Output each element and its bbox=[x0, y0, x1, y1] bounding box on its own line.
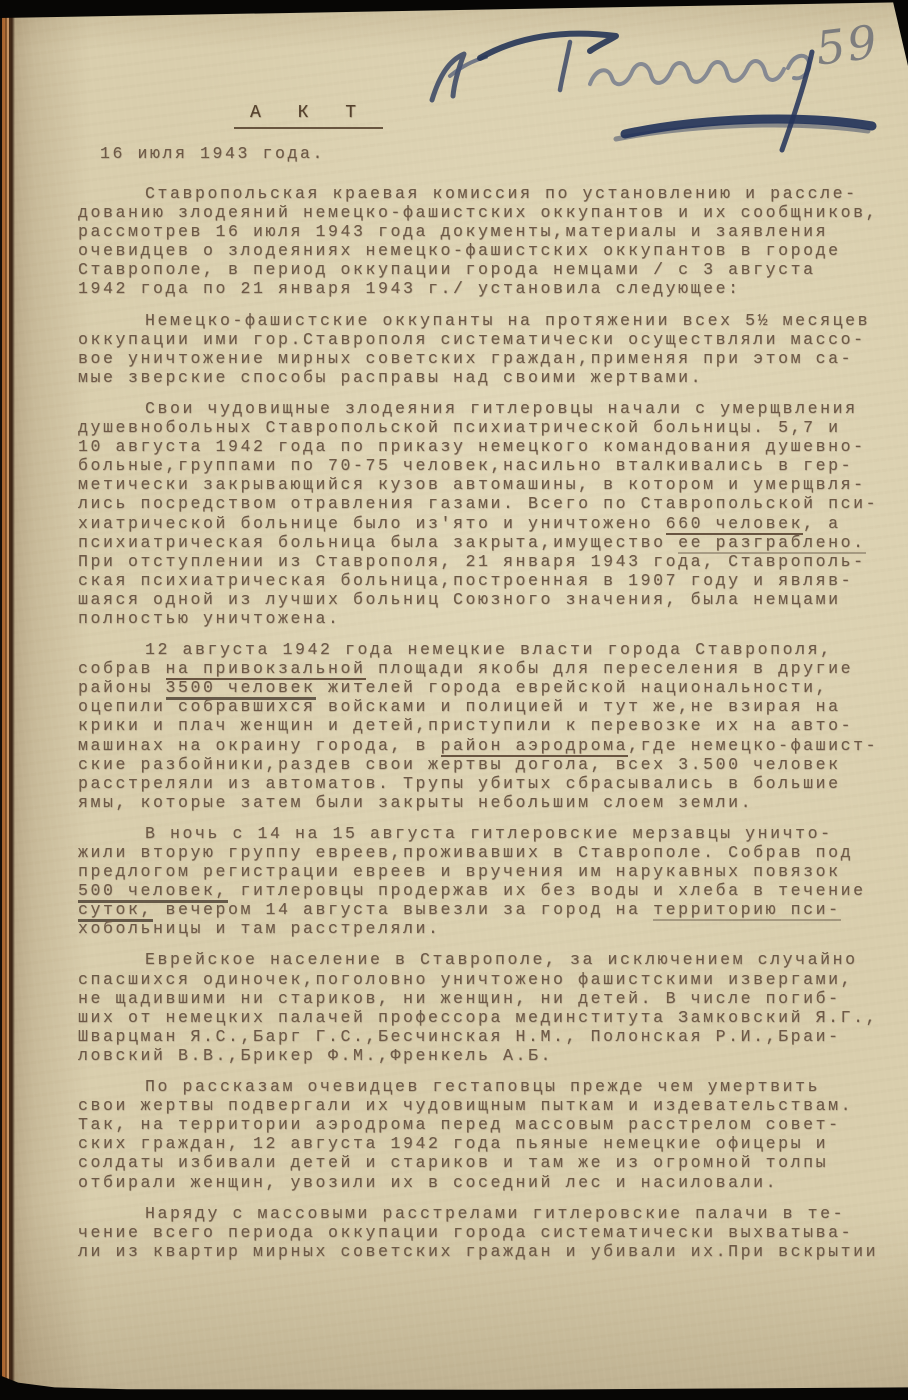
text-line: жили вторую группу евреев,проживавших в … bbox=[78, 843, 900, 862]
text-line: ские разбойники,раздев свои жертвы догол… bbox=[78, 755, 900, 774]
paragraph: В ночь с 14 на 15 августа гитлеровские м… bbox=[78, 824, 900, 939]
text-line: хиатрической больнице было из'ято и унич… bbox=[78, 514, 900, 533]
text-line: свои жертвы подвергали их чудовищным пыт… bbox=[78, 1096, 900, 1115]
paragraph: Наряду с массовыми расстрелами гитлеровс… bbox=[78, 1204, 900, 1261]
text-line: оккупации ими гор.Ставрополя систематиче… bbox=[78, 330, 900, 349]
text-line: ямы, которые затем были закрыты небольши… bbox=[78, 793, 900, 812]
text-line: рассмотрев 16 июля 1943 года документы,м… bbox=[78, 222, 900, 241]
book-binding-edge bbox=[0, 0, 15, 1400]
text-line: Свои чудовищные злодеяния гитлеровцы нач… bbox=[78, 399, 900, 418]
text-line: 12 августа 1942 года немецкие власти гор… bbox=[78, 640, 900, 659]
text-line: солдаты избивали детей и стариков и там … bbox=[78, 1153, 900, 1172]
text-line: расстреляли из автоматов. Трупы убитых с… bbox=[78, 774, 900, 793]
paragraph: 12 августа 1942 года немецкие власти гор… bbox=[78, 640, 900, 812]
text-line: Еврейское население в Ставрополе, за иск… bbox=[78, 950, 900, 969]
text-line: Так, на территории аэродрома перед массо… bbox=[78, 1115, 900, 1134]
text-line: суток, вечером 14 августа вывезли за гор… bbox=[78, 900, 900, 919]
text-line: 1942 года по 21 января 1943 г./ установи… bbox=[78, 279, 900, 298]
text-line: 500 человек, гитлеровцы продержав их без… bbox=[78, 881, 900, 900]
text-line: При отступлении из Ставрополя, 21 января… bbox=[78, 552, 900, 571]
text-line: 10 августа 1942 года по приказу немецког… bbox=[78, 437, 900, 456]
underlined-text: территорию пси- bbox=[653, 900, 841, 921]
text-line: предлогом регистрации евреев и вручения … bbox=[78, 862, 900, 881]
text-line: метически закрывающийся кузов автомашины… bbox=[78, 475, 900, 494]
text-line: По рассказам очевидцев гестаповцы прежде… bbox=[78, 1077, 900, 1096]
text-line: больные,группами по 70-75 человек,насиль… bbox=[78, 456, 900, 475]
text-line: не щадившими ни стариков, ни женщин, ни … bbox=[78, 989, 900, 1008]
text-line: душевнобольных Ставропольской психиатрич… bbox=[78, 418, 900, 437]
text-line: мые зверские способы расправы над своими… bbox=[78, 368, 900, 387]
text-line: В ночь с 14 на 15 августа гитлеровские м… bbox=[78, 824, 900, 843]
text-line: очевидцев о злодеяниях немецко-фашистски… bbox=[78, 241, 900, 260]
text-line: крики и плач женщин и детей,приступили к… bbox=[78, 716, 900, 735]
text-line: чение всего периода оккупации города сис… bbox=[78, 1223, 900, 1242]
text-line: Ставропольская краевая комиссия по устан… bbox=[78, 184, 900, 203]
document-date: 16 июля 1943 года. bbox=[100, 144, 325, 163]
underlined-text: на привокзальной bbox=[166, 659, 366, 680]
text-line: вое уничтожение мирных советских граждан… bbox=[78, 349, 900, 368]
text-line: спасшихся одиночек,поголовно уничтожено … bbox=[78, 970, 900, 989]
text-line: дованию злодеяний немецко-фашистских окк… bbox=[78, 203, 900, 222]
underlined-text: 660 человек bbox=[666, 514, 804, 535]
paragraph: Еврейское население в Ставрополе, за иск… bbox=[78, 950, 900, 1065]
paragraph: Свои чудовищные злодеяния гитлеровцы нач… bbox=[78, 399, 900, 628]
document-body: Ставропольская краевая комиссия по устан… bbox=[78, 184, 900, 1273]
text-line: районы 3500 человек жителей города еврей… bbox=[78, 678, 900, 697]
text-line: полностью уничтожена. bbox=[78, 609, 900, 628]
paragraph: Ставропольская краевая комиссия по устан… bbox=[78, 184, 900, 299]
paragraph: Немецко-фашистские оккупанты на протяжен… bbox=[78, 311, 900, 387]
text-line: психиатрическая больница была закрыта,им… bbox=[78, 533, 900, 552]
text-line: ли из квартир мирных советских граждан и… bbox=[78, 1242, 900, 1261]
underlined-text: ее разграблено. bbox=[678, 533, 866, 554]
document-photo: А К Т 16 июля 1943 года. Ставропольская … bbox=[0, 0, 908, 1400]
text-line: ших от немецких палачей профессора медин… bbox=[78, 1008, 900, 1027]
text-line: отбирали женщин, увозили их в соседний л… bbox=[78, 1173, 900, 1192]
text-line: Шварцман Я.С.,Барг Г.С.,Бесчинская Н.М.,… bbox=[78, 1027, 900, 1046]
text-line: хобольницы и там расстреляли. bbox=[78, 919, 900, 938]
text-line: оцепили собравшихся войсками и полицией … bbox=[78, 697, 900, 716]
text-line: Немецко-фашистские оккупанты на протяжен… bbox=[78, 311, 900, 330]
text-line: Наряду с массовыми расстрелами гитлеровс… bbox=[78, 1204, 900, 1223]
text-line: собрав на привокзальной площади якобы дл… bbox=[78, 659, 900, 678]
underlined-text: район аэродрома bbox=[441, 736, 629, 757]
text-line: ловский В.В.,Брикер Ф.М.,Френкель А.Б. bbox=[78, 1046, 900, 1065]
text-line: ских граждан, 12 августа 1942 года пьяны… bbox=[78, 1134, 900, 1153]
text-line: Ставрополе, в период оккупации города не… bbox=[78, 260, 900, 279]
paragraph: По рассказам очевидцев гестаповцы прежде… bbox=[78, 1077, 900, 1192]
text-line: машинах на окраину города, в район аэрод… bbox=[78, 736, 900, 755]
text-line: лись посредством отравления газами. Всег… bbox=[78, 494, 900, 513]
page-number: 59 bbox=[813, 14, 882, 75]
text-line: шаяся одной из лучших больниц Союзного з… bbox=[78, 590, 900, 609]
text-line: ская психиатрическая больница,построенна… bbox=[78, 571, 900, 590]
document-title: А К Т bbox=[234, 103, 383, 129]
